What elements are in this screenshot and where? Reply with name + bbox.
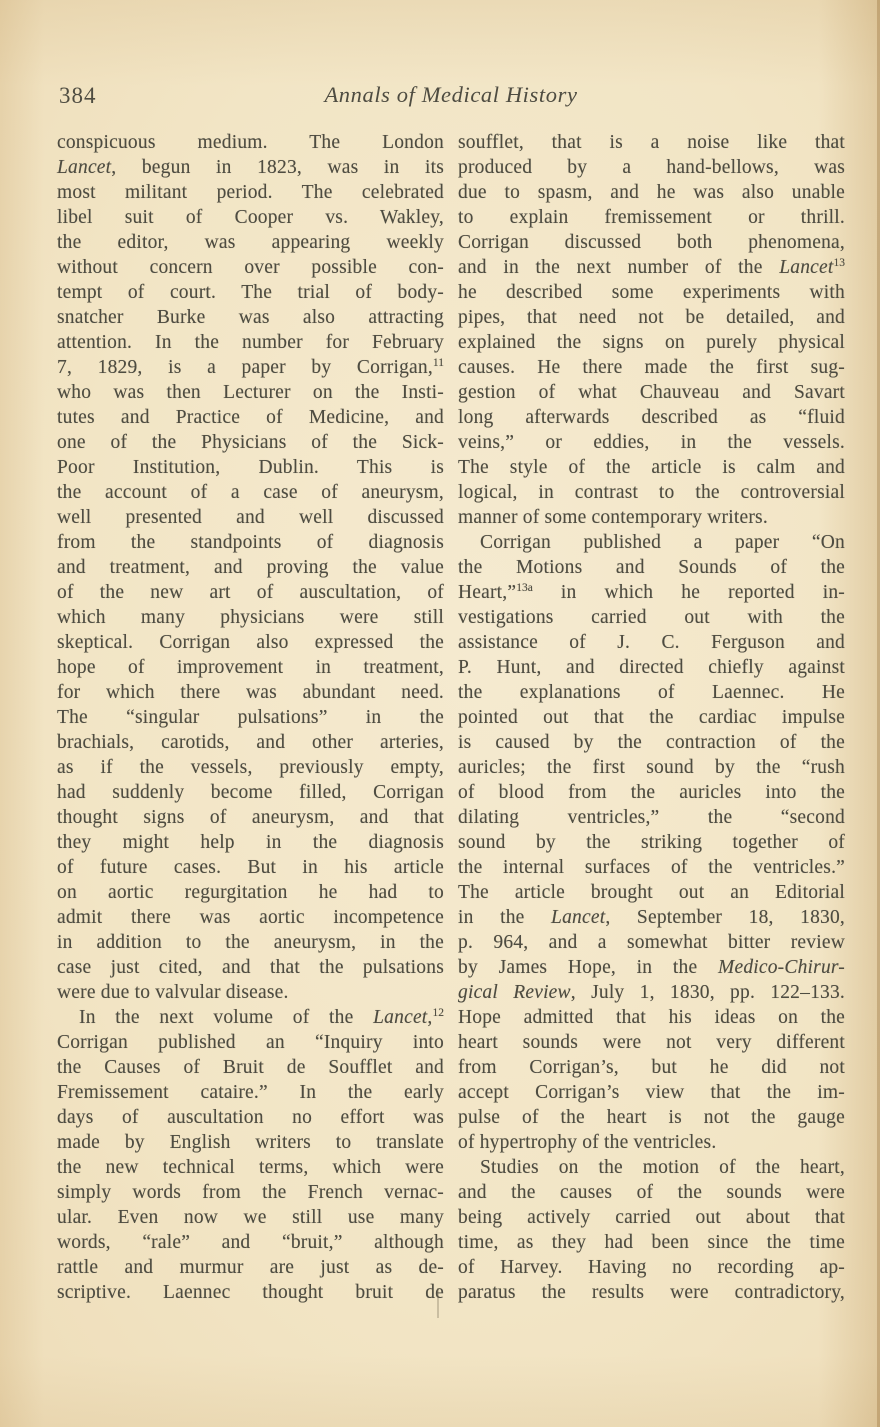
running-title: Annals of Medical History [57,82,845,108]
text-line: auricles; the first sound by the “rush [458,755,845,780]
text-line: conspicuous medium. The London [57,130,444,155]
text-line: In the next volume of the Lancet,12 [57,1005,444,1030]
text-line: simply words from the French vernac- [57,1180,444,1205]
text-line: the account of a case of aneurysm, [57,480,444,505]
text-line: of the new art of auscultation, of [57,580,444,605]
page-header: 384 Annals of Medical History [57,82,845,112]
text-line: which many physicians were still [57,605,444,630]
text-line: the editor, was appearing weekly [57,230,444,255]
text-line: the explanations of Laennec. He [458,680,845,705]
text-line: the Motions and Sounds of the [458,555,845,580]
text-line: Fremissement cataire.” In the early [57,1080,444,1105]
text-line: logical, in contrast to the controversia… [458,480,845,505]
text-line: case just cited, and that the pulsations [57,955,444,980]
text-line: The “singular pulsations” in the [57,705,444,730]
column-right: soufflet, that is a noise like thatprodu… [458,130,845,1305]
text-line: for which there was abundant need. [57,680,444,705]
text-line: on aortic regurgitation he had to [57,880,444,905]
text-line: of blood from the auricles into the [458,780,845,805]
text-line: pipes, that need not be detailed, and [458,305,845,330]
text-line: of hypertrophy of the ventricles. [458,1130,845,1155]
text-line: admit there was aortic incompetence [57,905,444,930]
text-line: the Causes of Bruit de Soufflet and [57,1055,444,1080]
text-line: had suddenly become filled, Corrigan [57,780,444,805]
text-line: Poor Institution, Dublin. This is [57,455,444,480]
text-line: rattle and murmur are just as de- [57,1255,444,1280]
text-line: explained the signs on purely physical [458,330,845,355]
page-number: 384 [59,83,97,109]
text-line: long afterwards described as “fluid [458,405,845,430]
text-line: who was then Lecturer on the Insti- [57,380,444,405]
text-line: one of the Physicians of the Sick- [57,430,444,455]
text-line: days of auscultation no effort was [57,1105,444,1130]
text-line: libel suit of Cooper vs. Wakley, [57,205,444,230]
text-line: is caused by the contraction of the [458,730,845,755]
text-line: vestigations carried out with the [458,605,845,630]
text-line: Corrigan published a paper “On [458,530,845,555]
text-line: by James Hope, in the Medico-Chirur- [458,955,845,980]
text-line: well presented and well discussed [57,505,444,530]
text-line: scriptive. Laennec thought bruit de [57,1280,444,1305]
text-line: produced by a hand-bellows, was [458,155,845,180]
text-line: and in the next number of the Lancet13 [458,255,845,280]
text-line: accept Corrigan’s view that the im- [458,1080,845,1105]
text-line: Heart,”13a in which he reported in- [458,580,845,605]
text-line: Corrigan discussed both phenomena, [458,230,845,255]
text-line: due to spasm, and he was also unable [458,180,845,205]
text-line: and treatment, and proving the value [57,555,444,580]
text-line: 7, 1829, is a paper by Corrigan,11 [57,355,444,380]
text-line: Studies on the motion of the heart, [458,1155,845,1180]
text-line: p. 964, and a somewhat bitter review [458,930,845,955]
text-line: they might help in the diagnosis [57,830,444,855]
text-line: Lancet, begun in 1823, was in its [57,155,444,180]
text-line: ular. Even now we still use many [57,1205,444,1230]
text-line: snatcher Burke was also attracting [57,305,444,330]
text-line: sound by the striking together of [458,830,845,855]
text-line: manner of some contemporary writers. [458,505,845,530]
text-line: made by English writers to translate [57,1130,444,1155]
text-line: as if the vessels, previously empty, [57,755,444,780]
text-line: of future cases. But in his article [57,855,444,880]
text-line: brachials, carotids, and other arteries, [57,730,444,755]
text-line: causes. He there made the first sug- [458,355,845,380]
text-line: hope of improvement in treatment, [57,655,444,680]
text-line: veins,” or eddies, in the vessels. [458,430,845,455]
text-line: attention. In the number for February [57,330,444,355]
text-line: from the standpoints of diagnosis [57,530,444,555]
text-line: pointed out that the cardiac impulse [458,705,845,730]
text-line: the new technical terms, which were [57,1155,444,1180]
text-line: thought signs of aneurysm, and that [57,805,444,830]
text-line: soufflet, that is a noise like that [458,130,845,155]
text-line: The article brought out an Editorial [458,880,845,905]
text-line: to explain fremissement or thrill. [458,205,845,230]
text-line: P. Hunt, and directed chiefly against [458,655,845,680]
text-line: tempt of court. The trial of body- [57,280,444,305]
text-line: heart sounds were not very different [458,1030,845,1055]
text-line: from Corrigan’s, but he did not [458,1055,845,1080]
text-line: Hope admitted that his ideas on the [458,1005,845,1030]
text-line: in addition to the aneurysm, in the [57,930,444,955]
text-line: the internal surfaces of the ventricles.… [458,855,845,880]
text-line: in the Lancet, September 18, 1830, [458,905,845,930]
text-line: gical Review, July 1, 1830, pp. 122–133. [458,980,845,1005]
text-line: pulse of the heart is not the gauge [458,1105,845,1130]
text-line: being actively carried out about that [458,1205,845,1230]
text-line: without concern over possible con- [57,255,444,280]
text-line: he described some experiments with [458,280,845,305]
column-left: conspicuous medium. The LondonLancet, be… [57,130,444,1305]
text-line: most militant period. The celebrated [57,180,444,205]
text-line: The style of the article is calm and [458,455,845,480]
text-line: tutes and Practice of Medicine, and [57,405,444,430]
text-line: skeptical. Corrigan also expressed the [57,630,444,655]
text-line: assistance of J. C. Ferguson and [458,630,845,655]
text-line: words, “rale” and “bruit,” although [57,1230,444,1255]
text-line: dilating ventricles,” the “second [458,805,845,830]
text-line: time, as they had been since the time [458,1230,845,1255]
text-line: gestion of what Chauveau and Savart [458,380,845,405]
text-line: Corrigan published an “Inquiry into [57,1030,444,1055]
text-columns: conspicuous medium. The LondonLancet, be… [57,130,845,1305]
book-page: 384 Annals of Medical History conspicuou… [0,0,880,1427]
text-line: and the causes of the sounds were [458,1180,845,1205]
text-line: paratus the results were contradictory, [458,1280,845,1305]
text-line: were due to valvular disease. [57,980,444,1005]
scan-artifact-mark [437,1288,439,1318]
text-line: of Harvey. Having no recording ap- [458,1255,845,1280]
